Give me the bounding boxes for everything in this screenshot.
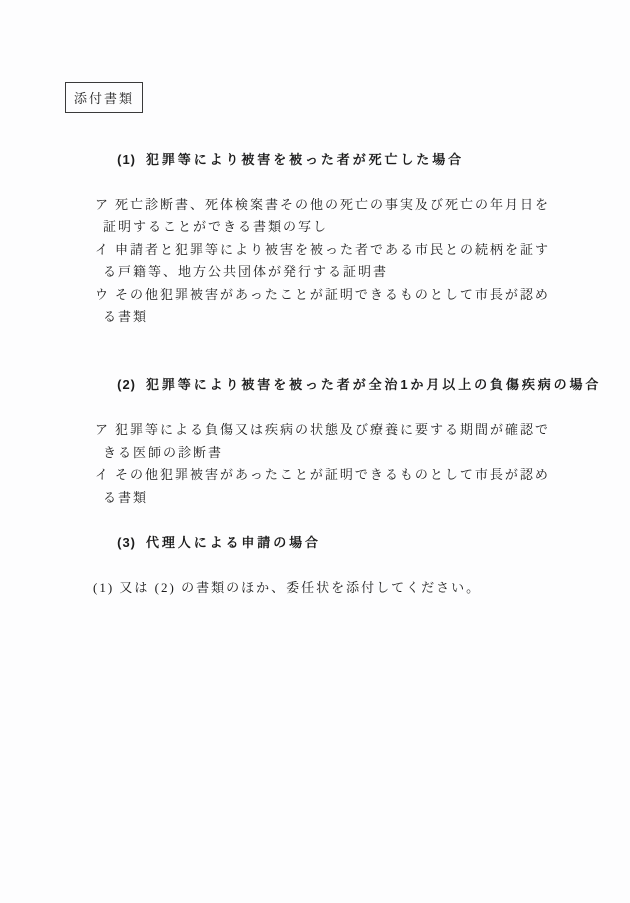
section-2-item-i: イその他犯罪被害があったことが証明できるものとして市長が認め る書類	[65, 464, 585, 509]
document-body: (1)犯罪等により被害を被った者が死亡した場合 ア死亡診断書、死体検案書その他の…	[65, 126, 585, 599]
item-marker: ウ	[95, 284, 115, 307]
section-2-heading: (2)犯罪等により被害を被った者が全治1か月以上の負傷疾病の場合	[65, 352, 585, 420]
document-page: 添付書類 (1)犯罪等により被害を被った者が死亡した場合 ア死亡診断書、死体検案…	[0, 0, 630, 903]
item-line: ア犯罪等による負傷又は疾病の状態及び療養に要する期間が確認で	[95, 419, 585, 442]
section-3-note: (1) 又は (2) の書類のほか、委任状を添付してください。	[93, 577, 585, 600]
section-1: (1)犯罪等により被害を被った者が死亡した場合 ア死亡診断書、死体検案書その他の…	[65, 126, 585, 329]
item-text: 申請者と犯罪等により被害を被った者である市民との続柄を証す	[115, 242, 550, 257]
section-3-number: (3)	[117, 535, 136, 550]
item-line: ウその他犯罪被害があったことが証明できるものとして市長が認め	[95, 284, 585, 307]
section-2-item-a: ア犯罪等による負傷又は疾病の状態及び療養に要する期間が確認で きる医師の診断書	[65, 419, 585, 464]
section-2-title: 犯罪等により被害を被った者が全治1か月以上の負傷疾病の場合	[146, 377, 601, 392]
item-line: きる医師の診断書	[103, 442, 585, 465]
item-line: イ申請者と犯罪等により被害を被った者である市民との続柄を証す	[95, 239, 585, 262]
item-text: 死亡診断書、死体検案書その他の死亡の事実及び死亡の年月日を	[115, 197, 550, 212]
item-marker: ア	[95, 419, 115, 442]
section-3: (3)代理人による申請の場合 (1) 又は (2) の書類のほか、委任状を添付し…	[65, 509, 585, 599]
item-text: その他犯罪被害があったことが証明できるものとして市長が認め	[115, 467, 550, 482]
item-line: る戸籍等、地方公共団体が発行する証明書	[103, 261, 585, 284]
section-3-heading: (3)代理人による申請の場合	[65, 509, 585, 577]
item-marker: イ	[95, 464, 115, 487]
item-line: る書類	[103, 487, 585, 510]
section-2: (2)犯罪等により被害を被った者が全治1か月以上の負傷疾病の場合 ア犯罪等による…	[65, 352, 585, 510]
item-line: る書類	[103, 306, 585, 329]
section-1-item-u: ウその他犯罪被害があったことが証明できるものとして市長が認め る書類	[65, 284, 585, 329]
item-text: 犯罪等による負傷又は疾病の状態及び療養に要する期間が確認で	[115, 422, 550, 437]
section-1-item-a: ア死亡診断書、死体検案書その他の死亡の事実及び死亡の年月日を 証明することができ…	[65, 194, 585, 239]
header-box: 添付書類	[65, 82, 143, 113]
section-2-number: (2)	[117, 377, 136, 392]
section-1-title: 犯罪等により被害を被った者が死亡した場合	[146, 152, 464, 167]
section-3-title: 代理人による申請の場合	[146, 535, 321, 550]
section-1-item-i: イ申請者と犯罪等により被害を被った者である市民との続柄を証す る戸籍等、地方公共…	[65, 239, 585, 284]
item-marker: イ	[95, 239, 115, 262]
item-line: イその他犯罪被害があったことが証明できるものとして市長が認め	[95, 464, 585, 487]
section-1-number: (1)	[117, 152, 136, 167]
header-box-label: 添付書類	[74, 88, 134, 107]
item-line: 証明することができる書類の写し	[103, 216, 585, 239]
item-marker: ア	[95, 194, 115, 217]
item-text: その他犯罪被害があったことが証明できるものとして市長が認め	[115, 287, 550, 302]
item-line: ア死亡診断書、死体検案書その他の死亡の事実及び死亡の年月日を	[95, 194, 585, 217]
section-1-heading: (1)犯罪等により被害を被った者が死亡した場合	[65, 126, 585, 194]
